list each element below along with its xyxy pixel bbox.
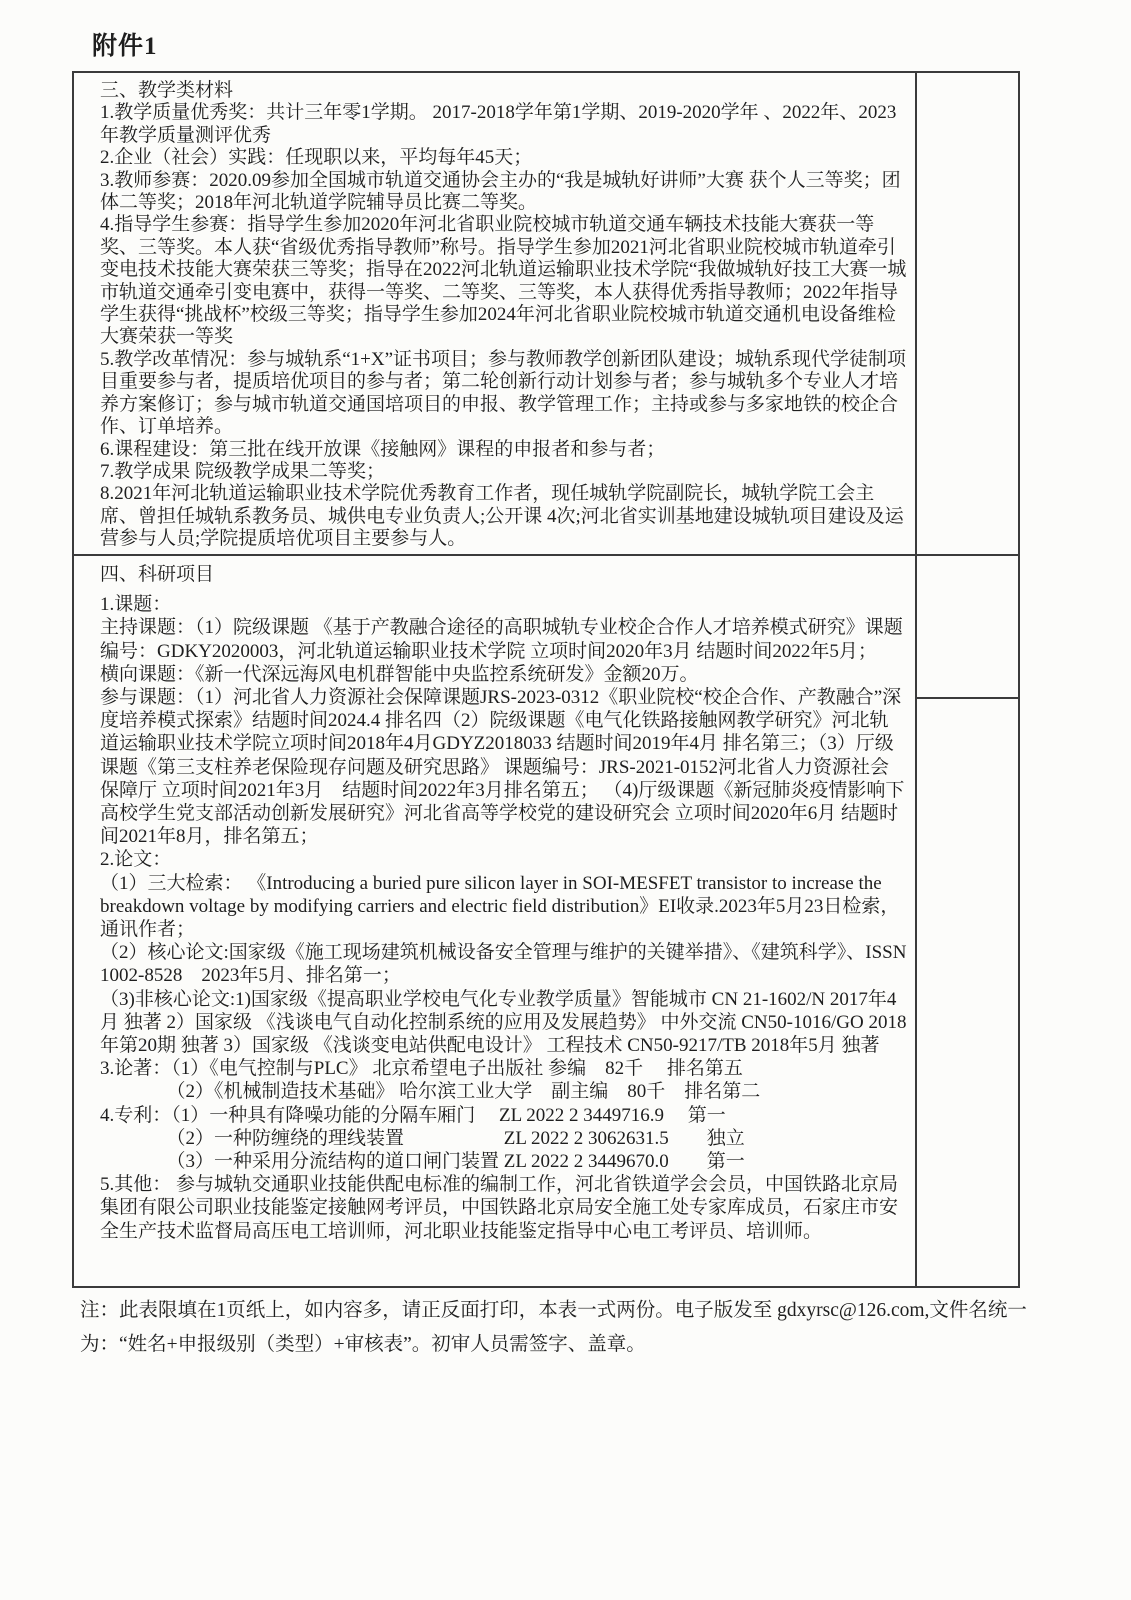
section-research-projects-body: 1.课题：主持课题：（1）院级课题 《基于产教融合途径的高职城轨专业校企合作人才… [100,593,907,1243]
text-line: 5.其他： 参与城轨交通职业技能供配电标准的编制工作，河北省铁道学会会员，中国铁… [100,1173,907,1243]
side-cell-empty-3 [917,699,1018,1286]
scanned-document-page: 附件1 三、教学类材料 1.教学质量优秀奖：共计三年零1学期。 2017-201… [0,0,1131,1600]
text-line: （2）《机械制造技术基础》 哈尔滨工业大学 副主编 80千 排名第二 [100,1080,907,1103]
text-line: 3.论著：（1）《电气控制与PLC》 北京希望电子出版社 参编 82千 排名第五 [100,1057,907,1080]
section-teaching-materials: 三、教学类材料 1.教学质量优秀奖：共计三年零1学期。 2017-2018学年第… [74,73,915,556]
text-line: 参与课题：（1）河北省人力资源社会保障课题JRS-2023-0312《职业院校“… [100,686,907,848]
text-line: 1.教学质量优秀奖：共计三年零1学期。 2017-2018学年第1学期、2019… [100,102,907,147]
review-table: 三、教学类材料 1.教学质量优秀奖：共计三年零1学期。 2017-2018学年第… [72,71,1020,1288]
text-line: 7.教学成果 院级教学成果二等奖； [100,461,907,483]
footer-note: 注：此表限填在1页纸上，如内容多，请正反面打印，本表一式两份。电子版发至 gdx… [80,1294,1052,1361]
text-line: （2）一种防缠绕的理线装置 ZL 2022 2 3062631.5 独立 [100,1127,907,1150]
text-line: （3）一种采用分流结构的道口闸门装置 ZL 2022 2 3449670.0 第… [100,1150,907,1173]
text-line: 主持课题：（1）院级课题 《基于产教融合途径的高职城轨专业校企合作人才培养模式研… [100,616,907,662]
side-cell-empty-2 [917,556,1018,699]
text-line: 8.2021年河北轨道运输职业技术学院优秀教育工作者，现任城轨学院副院长，城轨学… [100,483,907,550]
text-line: 3.教师参赛：2020.09参加全国城市轨道交通协会主办的“我是城轨好讲师”大赛… [100,170,907,215]
attachment-label: 附件1 [92,26,158,62]
text-line: 4.指导学生参赛：指导学生参加2020年河北省职业院校城市轨道交通车辆技术技能大… [100,214,907,348]
section-teaching-materials-title: 三、教学类材料 [100,80,907,102]
text-line: （3)非核心论文:1)国家级《提高职业学校电气化专业教学质量》智能城市 CN 2… [100,988,907,1058]
text-line: 横向课题：《新一代深远海风电机群智能中央监控系统研发》金额20万。 [100,663,907,686]
text-line: 2.论文： [100,848,907,871]
side-cell-empty-1 [917,73,1018,556]
text-line: 2.企业（社会）实践：任现职以来，平均每年45天； [100,147,907,169]
text-line: 6.课程建设：第三批在线开放课《接触网》课程的申报者和参与者； [100,439,907,461]
text-line: 4.专利：（1）一种具有降噪功能的分隔车厢门 ZL 2022 2 3449716… [100,1104,907,1127]
section-teaching-materials-body: 1.教学质量优秀奖：共计三年零1学期。 2017-2018学年第1学期、2019… [100,102,907,550]
text-line: （1）三大检索： 《Introducing a buried pure sili… [100,872,907,942]
table-side-column [917,73,1018,1286]
section-research-projects-title: 四、科研项目 [100,563,907,586]
text-line: （2）核心论文:国家级《施工现场建筑机械设备安全管理与维护的关键举措》、《建筑科… [100,941,907,987]
text-line: 5.教学改革情况：参与城轨系“1+X”证书项目；参与教师教学创新团队建设；城轨系… [100,349,907,439]
section-research-projects: 四、科研项目 1.课题：主持课题：（1）院级课题 《基于产教融合途径的高职城轨专… [74,556,915,1286]
table-main-column: 三、教学类材料 1.教学质量优秀奖：共计三年零1学期。 2017-2018学年第… [74,73,917,1286]
text-line: 1.课题： [100,593,907,616]
